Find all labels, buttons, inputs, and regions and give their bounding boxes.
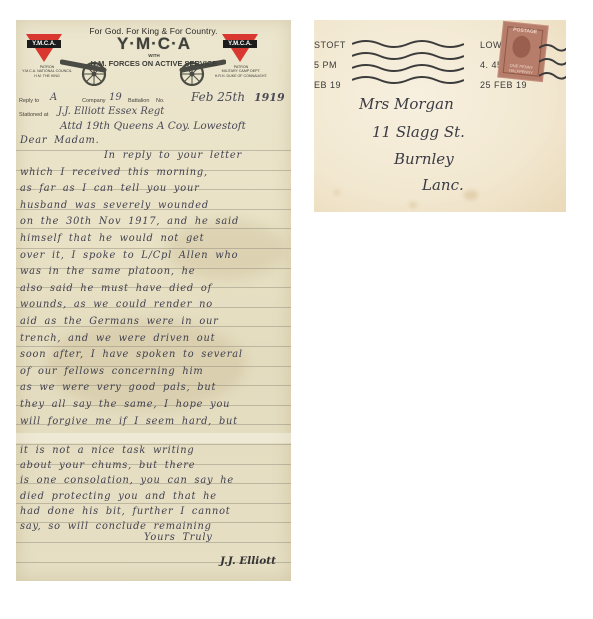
signature: J.J. Elliott — [220, 555, 276, 567]
date-value: Feb 25th — [191, 90, 245, 104]
ymca-logo-label-right: Y.M.C.A. — [223, 40, 257, 48]
envelope: STOFT 5 PM EB 19 LOWESTOFT 4. 45 PM 25 F… — [314, 20, 566, 212]
postmark-left-line-3: EB 19 — [314, 80, 341, 90]
body-line: husband was severely wounded — [20, 200, 289, 211]
letterhead-title: Y·M·C·A — [86, 34, 222, 54]
year-value: 1919 — [254, 91, 285, 104]
ruled-line — [16, 228, 291, 229]
body-line: In reply to your letter — [104, 150, 289, 161]
stationed-label: Stationed at — [19, 112, 48, 118]
body-line: say, so will conclude remaining — [20, 521, 289, 532]
body-line: died protecting you and that he — [20, 491, 289, 502]
body-line: himself that he would not get — [20, 233, 289, 244]
body-line: also said he must have died of — [20, 283, 289, 294]
body-line: was in the same platoon, he — [20, 266, 289, 277]
fold-crease — [16, 433, 291, 443]
stationed-line-2: Attd 19th Queens A Coy. Lowestoft — [60, 120, 246, 132]
ymca-logo-label-left: Y.M.C.A. — [27, 40, 61, 48]
no-label: No. — [156, 98, 165, 104]
body-line: soon after, I have spoken to several — [20, 349, 289, 360]
body-line: trench, and we were driven out — [20, 333, 289, 344]
body-line: over it, I spoke to L/Cpl Allen who — [20, 250, 289, 261]
body-line: is one consolation, you can say he — [20, 475, 289, 486]
postmark-date: 25 FEB 19 — [480, 80, 527, 90]
body-line: as we were very good pals, but — [20, 382, 289, 393]
ruled-line — [16, 346, 291, 347]
postmark-wavy-lines-right — [539, 38, 566, 86]
body-line: they all say the same, I hope you — [20, 399, 289, 410]
ymca-triangle-logo-right — [222, 34, 258, 62]
address-line-2: 11 Slagg St. — [372, 123, 465, 141]
body-line: had done his bit, further I cannot — [20, 506, 289, 517]
body-line: on the 30th Nov 1917, and he said — [20, 216, 289, 227]
postmark-wavy-lines — [352, 38, 464, 86]
postmark-left-line-2: 5 PM — [314, 60, 337, 70]
body-line: it is not a nice task writing — [20, 445, 289, 456]
foxing-spot — [464, 190, 478, 200]
ymca-triangle-logo-left — [26, 34, 62, 62]
company-value: 19 — [109, 92, 122, 103]
body-line: aid as the Germans were in our — [20, 316, 289, 327]
address-line-3: Burnley — [394, 150, 454, 168]
salutation: Dear Madam. — [20, 135, 289, 146]
ruled-line — [16, 503, 291, 504]
letter-page: For God. For King & For Country. Y.M.C.A… — [16, 20, 291, 581]
body-line: as far as I can tell you your — [20, 183, 289, 194]
battalion-label: Battalion — [128, 98, 149, 104]
postmark-left-line-1: STOFT — [314, 40, 346, 50]
address-line-4: Lanc. — [422, 176, 464, 194]
reply-to-label: Reply to — [19, 98, 39, 104]
foxing-spot — [409, 202, 417, 208]
letterhead-subtitle: H.M. FORCES ON ACTIVE SERVICE — [74, 59, 234, 68]
body-line: which I received this morning, — [20, 167, 289, 178]
foxing-spot — [334, 190, 340, 195]
address-line-1: Mrs Morgan — [359, 95, 454, 113]
body-line: will forgive me if I seem hard, but — [20, 416, 289, 427]
body-line: about your chums, but there — [20, 460, 289, 471]
letterhead-with: WITH — [86, 53, 222, 58]
body-line: wounds, as we could render no — [20, 299, 289, 310]
closing: Yours Truly — [144, 532, 289, 543]
company-label: Company — [82, 98, 106, 104]
body-line: of our fellows concerning him — [20, 366, 289, 377]
reply-to-value: A — [50, 92, 57, 103]
stationed-line-1: J.J. Elliott Essex Regt — [58, 106, 164, 117]
